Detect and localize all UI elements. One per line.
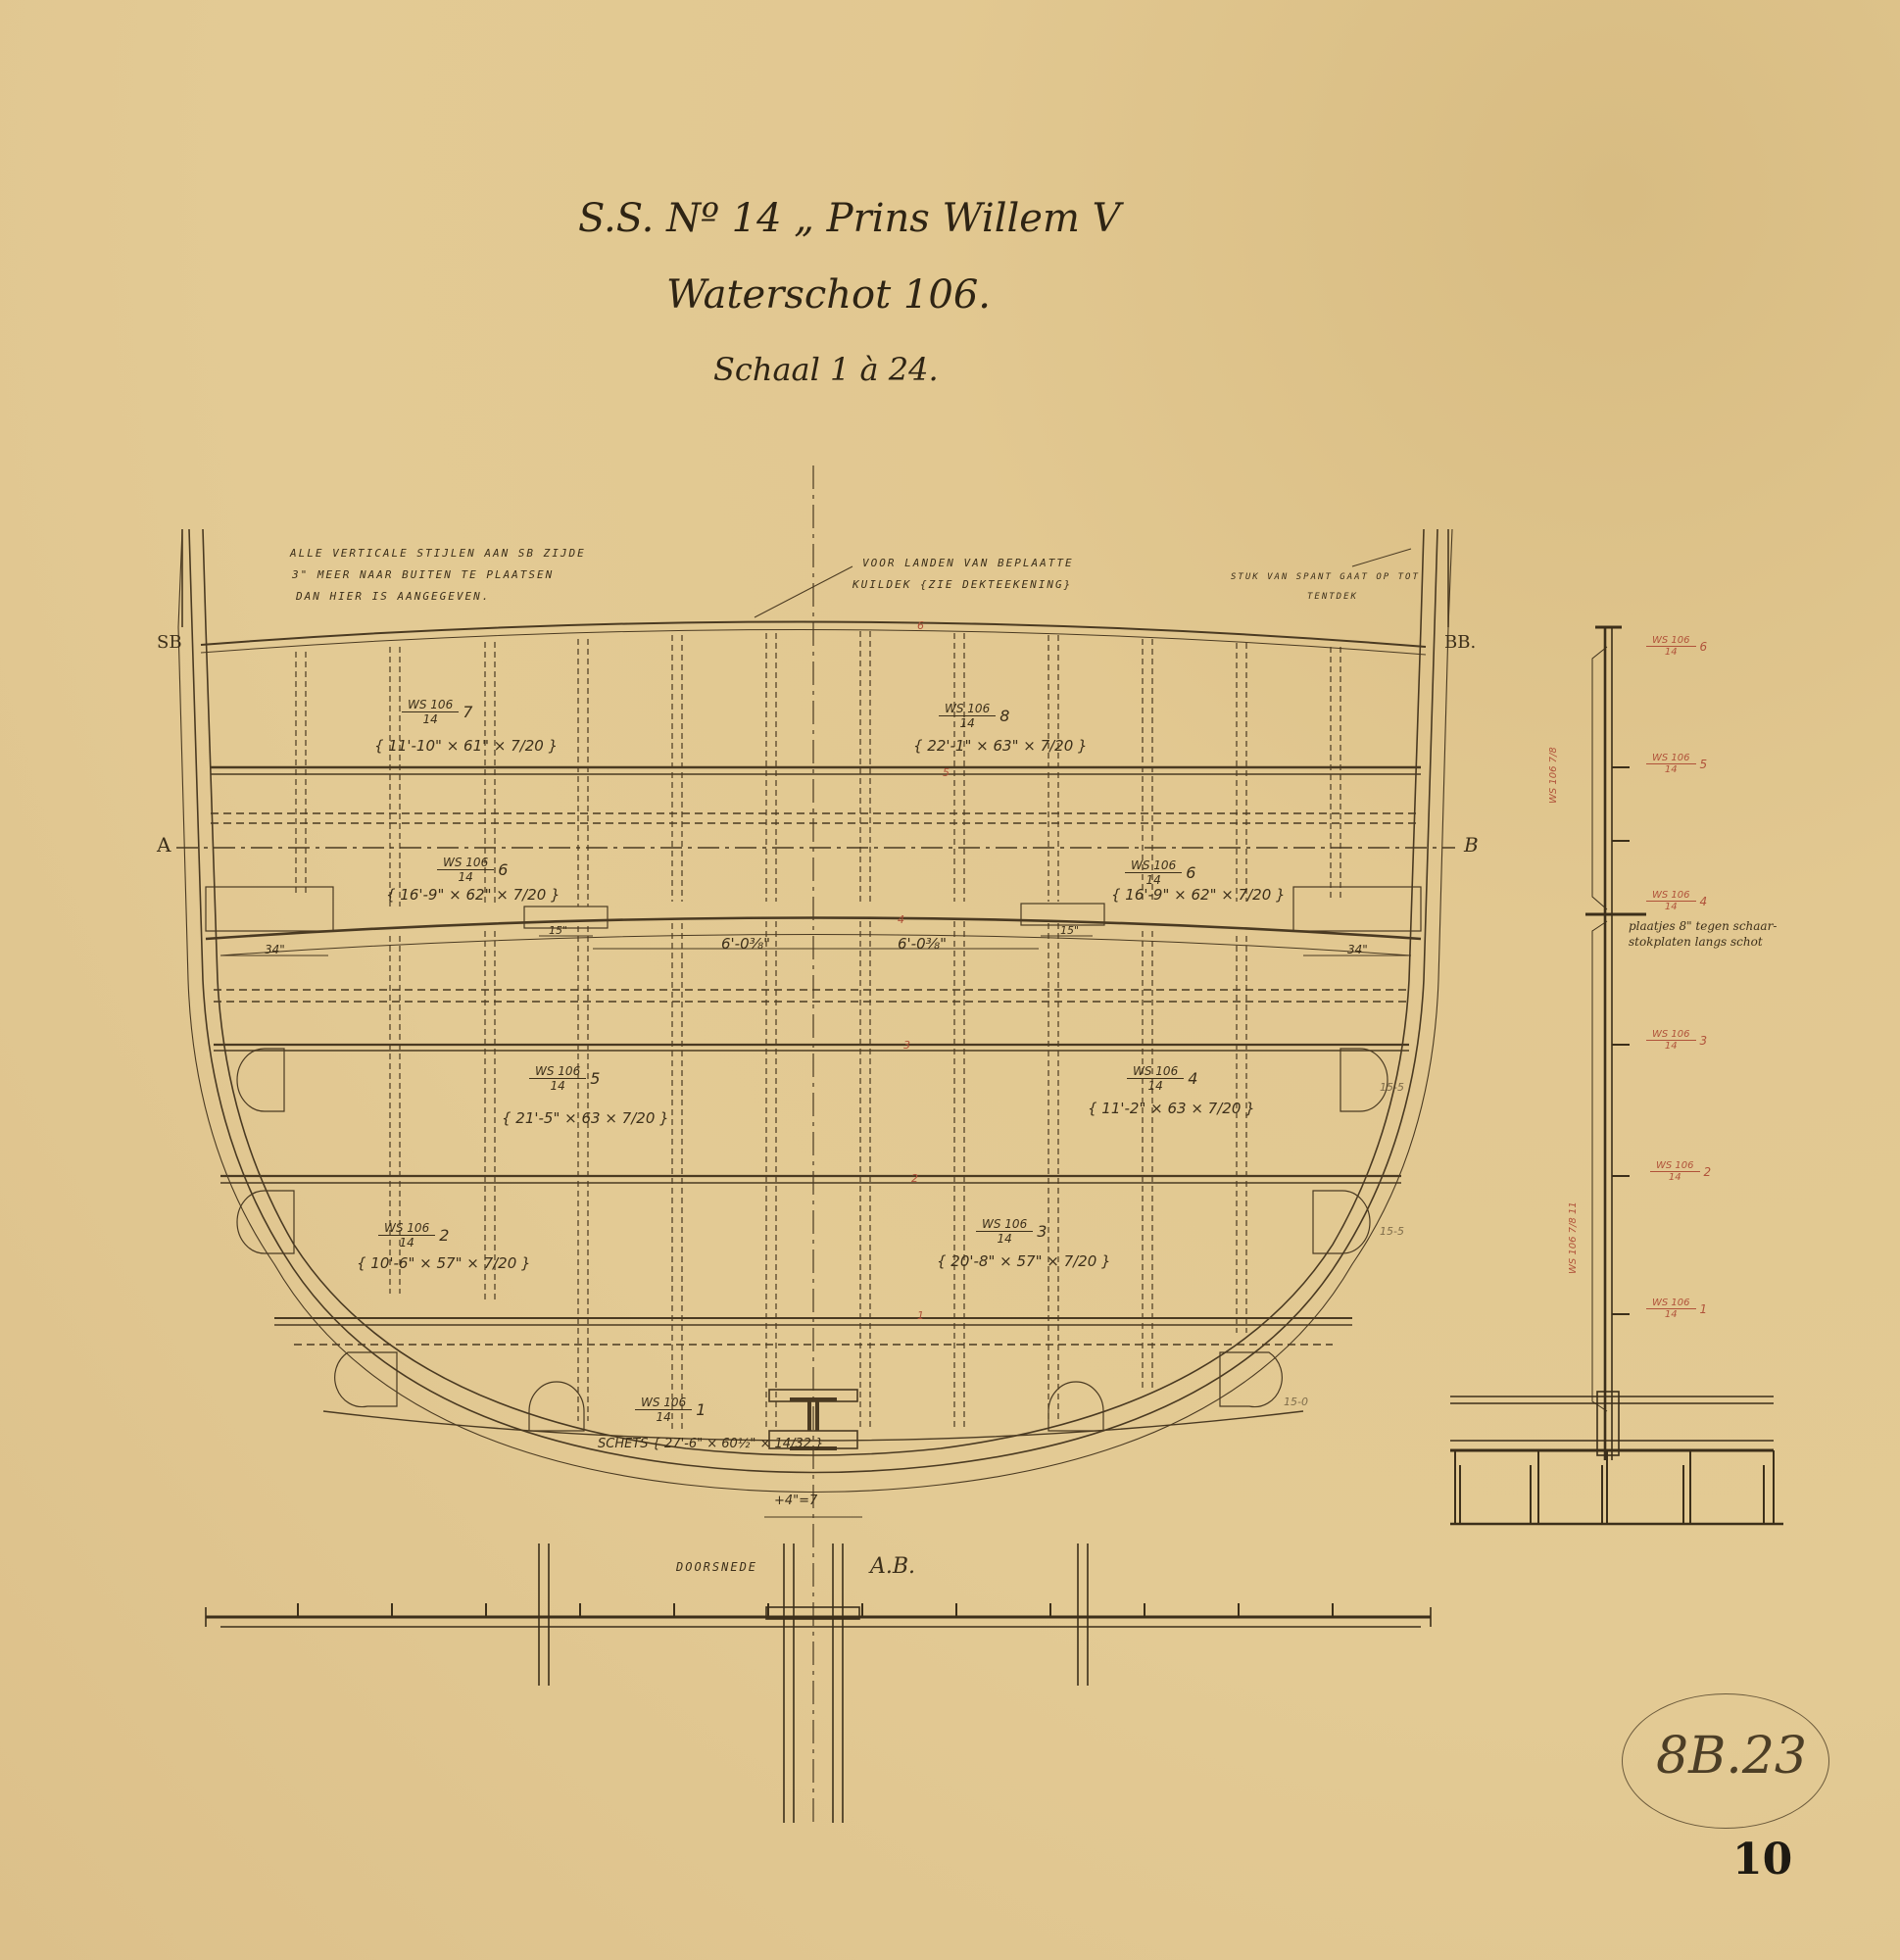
dim-left-15: 15" (549, 924, 567, 937)
strake-6: 6 (917, 619, 924, 632)
side-label-3: WS 106143 (1646, 1029, 1707, 1052)
side-label-1: WS 106141 (1646, 1298, 1707, 1320)
plate-dims-4: { 11'-2" × 63 × 7/20 } (1088, 1100, 1255, 1117)
plate-dims-5: { 21'-5" × 63 × 7/20 } (502, 1109, 669, 1127)
note-top-center-2: KUILDEK {ZIE DEKTEEKENING} (853, 578, 1072, 591)
sheet-number: 10 (1732, 1835, 1792, 1885)
plate-label-3: WS 106143 (976, 1217, 1047, 1246)
strake-4: 4 (898, 913, 904, 926)
dim-left-34: 34" (265, 943, 285, 956)
marker-a: A (157, 833, 171, 857)
plate-dims-2: { 10'-6" × 57" × 7/20 } (357, 1254, 531, 1272)
archive-stamp-text: 8B.23 (1656, 1727, 1807, 1786)
note-side-1: plaatjes 8" tegen schaar- (1629, 919, 1777, 933)
note-top-right-2: TENTDEK (1307, 592, 1358, 602)
plate-label-4: WS 106144 (1127, 1064, 1197, 1093)
section-label: DOORSNEDE (676, 1560, 757, 1574)
note-top-center-1: VOOR LANDEN VAN BEPLAATTE (862, 557, 1074, 569)
dim-keel: +4"=7 (774, 1494, 817, 1508)
drawing-subtitle: Waterschot 106. (666, 272, 991, 318)
section-id: A.B. (870, 1554, 915, 1579)
plate-dims-6-right: { 16'-9" × 62" × 7/20 } (1111, 886, 1286, 904)
side-label-6: WS 106146 (1646, 635, 1707, 658)
strake-5: 5 (943, 766, 950, 779)
plate-dims-7: { 11'-10" × 61" × 7/20 } (374, 737, 558, 755)
dim-right-34: 34" (1347, 943, 1368, 956)
dim-side-1: 15-5 (1380, 1081, 1404, 1094)
side-vertical-note-2: WS 106 7/8 11 (1568, 1201, 1579, 1274)
plate-dims-3: { 20'-8" × 57" × 7/20 } (937, 1252, 1111, 1270)
marker-sb: SB (157, 632, 182, 653)
dim-right-span: 6'-0⅜" (898, 935, 947, 953)
plate-label-8: WS 106148 (939, 702, 1009, 730)
drawing-title: S.S. Nº 14 „ Prins Willem V (578, 196, 1121, 241)
strake-3: 3 (903, 1039, 910, 1052)
note-top-left-1: ALLE VERTICALE STIJLEN AAN SB ZIJDE (290, 547, 586, 560)
side-label-4: WS 106144 (1646, 890, 1707, 912)
note-top-right-1: STUK VAN SPANT GAAT OP TOT (1231, 572, 1420, 582)
plate-label-6-right: WS 106146 (1125, 858, 1195, 887)
plate-label-5: WS 106145 (529, 1064, 600, 1093)
drawing-scale: Schaal 1 à 24. (713, 351, 939, 388)
strake-1: 1 (917, 1309, 924, 1322)
dim-side-2: 15-5 (1380, 1225, 1404, 1238)
plate-label-1: WS 106141 (635, 1396, 706, 1424)
dim-side-3: 15-0 (1284, 1396, 1308, 1408)
dim-left-span: 6'-0⅜" (721, 935, 770, 953)
strake-2: 2 (911, 1172, 918, 1185)
note-top-left-3: DAN HIER IS AANGEGEVEN. (296, 590, 490, 603)
note-top-left-2: 3" MEER NAAR BUITEN TE PLAATSEN (292, 568, 554, 581)
plate-dims-6-left: { 16'-9" × 62" × 7/20 } (386, 886, 560, 904)
plate-label-6-left: WS 106146 (437, 856, 508, 884)
note-side-2: stokplaten langs schot (1629, 935, 1763, 949)
side-vertical-note-1: WS 106 7/8 (1548, 747, 1559, 804)
plate-dims-1: SCHETS { 27'-6" × 60½" × 14/32 } (598, 1437, 823, 1451)
plate-label-7: WS 106147 (402, 698, 472, 726)
dim-right-15: 15" (1060, 924, 1079, 937)
marker-bb: BB. (1444, 632, 1476, 653)
side-label-2: WS 106142 (1650, 1160, 1711, 1183)
marker-b: B (1464, 833, 1479, 857)
plate-label-2: WS 106142 (378, 1221, 449, 1249)
plate-dims-8: { 22'-1" × 63" × 7/20 } (913, 737, 1088, 755)
side-label-5: WS 106145 (1646, 753, 1707, 775)
